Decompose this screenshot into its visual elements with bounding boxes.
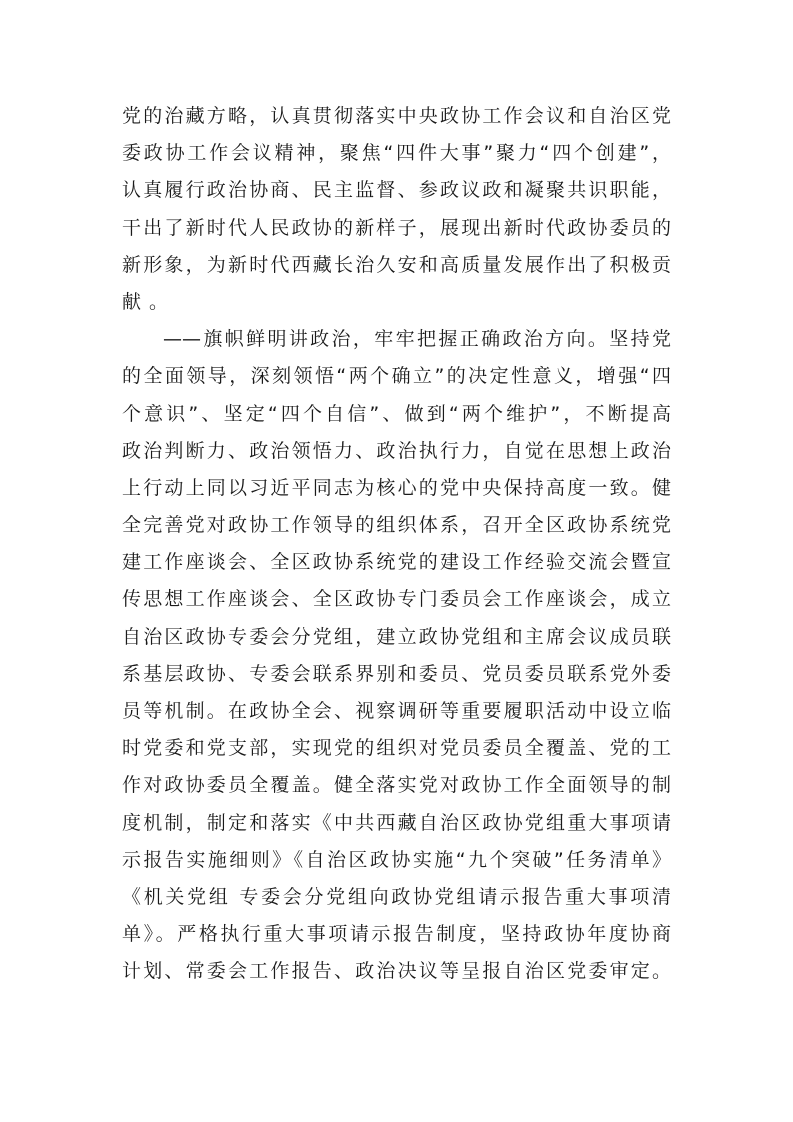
text-line: 员等机制。在政协全会、视察调研等重要履职活动中设立临	[122, 696, 671, 733]
text-line: 单》。严格执行重大事项请示报告制度，坚持政协年度协商	[122, 919, 671, 956]
text-line: 《机关党组 专委会分党组向政协党组请示报告重大事项清	[122, 882, 671, 919]
text-line: 作对政协委员全覆盖。健全落实党对政协工作全面领导的制	[122, 770, 671, 807]
text-line: 的全面领导，深刻领悟“两个确立”的决定性意义，增强“四	[122, 361, 671, 398]
text-line: ——旗帜鲜明讲政治，牢牢把握正确政治方向。坚持党	[122, 324, 671, 361]
text-line: 建工作座谈会、全区政协系统党的建设工作经验交流会暨宣	[122, 547, 671, 584]
text-line: 示报告实施细则》《自治区政协实施“九个突破”任务清单》	[122, 845, 671, 882]
text-line: 计划、常委会工作报告、政治决议等呈报自治区党委审定。	[122, 956, 671, 993]
text-line: 传思想工作座谈会、全区政协专门委员会工作座谈会，成立	[122, 584, 671, 621]
paragraph-1: 党的治藏方略，认真贯彻落实中央政协工作会议和自治区党 委政协工作会议精神，聚焦“…	[122, 101, 671, 324]
text-line: 献。	[122, 287, 671, 324]
text-line: 党的治藏方略，认真贯彻落实中央政协工作会议和自治区党	[122, 101, 671, 138]
text-line: 个意识”、坚定“四个自信”、做到“两个维护”，不断提高	[122, 399, 671, 436]
document-body: 党的治藏方略，认真贯彻落实中央政协工作会议和自治区党 委政协工作会议精神，聚焦“…	[122, 101, 671, 994]
text-line: 认真履行政治协商、民主监督、参政议政和凝聚共识职能，	[122, 175, 671, 212]
text-line: 自治区政协专委会分党组，建立政协党组和主席会议成员联	[122, 622, 671, 659]
document-page: 党的治藏方略，认真贯彻落实中央政协工作会议和自治区党 委政协工作会议精神，聚焦“…	[0, 0, 793, 1122]
text-line: 度机制，制定和落实《中共西藏自治区政协党组重大事项请	[122, 808, 671, 845]
text-line: 上行动上同以习近平同志为核心的党中央保持高度一致。健	[122, 473, 671, 510]
text-line: 新形象，为新时代西藏长治久安和高质量发展作出了积极贡	[122, 250, 671, 287]
text-line: 全完善党对政协工作领导的组织体系，召开全区政协系统党	[122, 510, 671, 547]
paragraph-2: ——旗帜鲜明讲政治，牢牢把握正确政治方向。坚持党 的全面领导，深刻领悟“两个确立…	[122, 324, 671, 993]
text-line: 委政协工作会议精神，聚焦“四件大事”聚力“四个创建”，	[122, 138, 671, 175]
text-line: 时党委和党支部，实现党的组织对党员委员全覆盖、党的工	[122, 733, 671, 770]
text-line: 干出了新时代人民政协的新样子，展现出新时代政协委员的	[122, 213, 671, 250]
text-line: 系基层政协、专委会联系界别和委员、党员委员联系党外委	[122, 659, 671, 696]
text-line: 政治判断力、政治领悟力、政治执行力，自觉在思想上政治	[122, 436, 671, 473]
